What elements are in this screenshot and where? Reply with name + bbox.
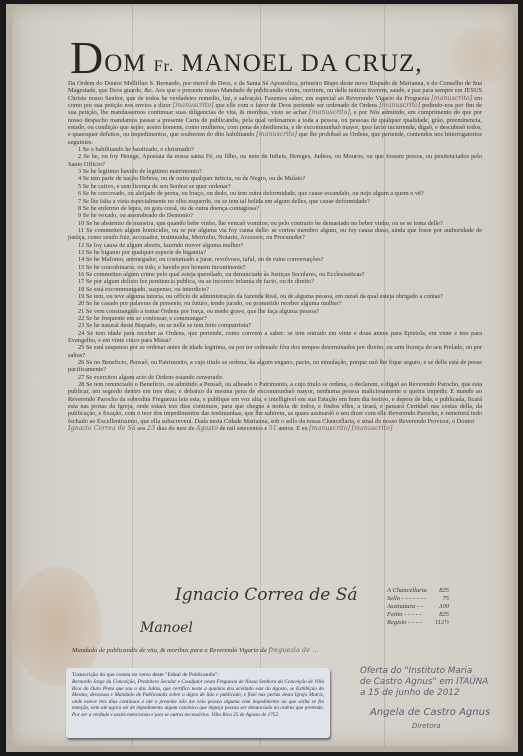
interrogatory-text: Se tem, ou teve alguma tutoria, ou offic…: [86, 293, 443, 300]
handwritten-text: [manuscrito]: [309, 109, 350, 116]
interrogatory-number: 13: [78, 249, 84, 256]
interrogatory-item: 9 Se he vexado, ou assombrado do Demonio…: [68, 212, 482, 219]
interrogatory-item: 7 Se lhe falta a vista especialmente no …: [68, 198, 482, 205]
preamble: Da Ordem do Doutor Mellifluo S. Bernardo…: [68, 80, 482, 146]
interrogatory-item: 8 Se he enfermo de lepra, ou gota coral,…: [68, 205, 482, 212]
handwritten-text: freguezia de ...: [269, 646, 319, 654]
signature-provisor: Ignacio Correa de Sá: [175, 585, 358, 605]
interrogatory-number: 23: [78, 322, 84, 329]
interrogatory-number: 8: [78, 205, 81, 212]
fees-table: A Chancellaria825Sello - - - - - - -75As…: [387, 587, 449, 627]
interrogatory-text: Se tem idade para receber as Ordens, que…: [68, 330, 482, 344]
interrogatory-number: 7: [78, 198, 81, 205]
interrogatory-item: 14 Se he Mafomo, arrenegador, ou costuma…: [68, 256, 482, 263]
transcription-heading: Transcrição do que consta no verso deste…: [72, 672, 324, 678]
document-title: DOM Fr. MANOEL DA CRUZ,: [70, 38, 490, 78]
interrogatory-number: 24: [78, 330, 84, 337]
interrogatory-text: Se no Beneficio, Pensaõ, ou Patrimonio, …: [68, 359, 482, 373]
closing-text: annos. E eu: [278, 425, 307, 432]
preamble-text: Da Ordem do Doutor Mellifluo S. Bernardo…: [68, 80, 482, 102]
fee-label: Sello - - - - - - -: [387, 595, 427, 603]
fee-label: Registo - - - -: [387, 619, 422, 627]
interrogatory-item: 3 Se he legitimo havido de legitimo matr…: [68, 168, 482, 175]
interrogatory-number: 3: [78, 168, 81, 175]
fee-row: Feitio - - - - -825: [387, 611, 449, 619]
handwritten-text: [manuscrito]: [309, 425, 350, 432]
fee-label: Feitio - - - - -: [387, 611, 421, 619]
interrogatory-number: 14: [78, 256, 84, 263]
closing-text: dias do mez de: [157, 425, 195, 432]
interrogatory-number: 2: [78, 153, 81, 160]
interrogatory-number: 9: [78, 212, 81, 219]
handwritten-year: 51: [269, 425, 277, 432]
interrogatory-item: 25 Se está suspenso por se ordenar antes…: [68, 344, 482, 359]
interrogatory-number: 28: [78, 381, 84, 388]
interrogatory-number: 15: [78, 264, 84, 271]
interrogatory-item: 21 Se vem constrangido a tomar Ordens po…: [68, 308, 482, 315]
interrogatory-number: 4: [78, 175, 81, 182]
interrogatory-text: Se foy causa de algum aborto, fazendo mo…: [86, 242, 243, 249]
interrogatory-text: Se he, ou foy Herege, Apostata da nossa …: [68, 153, 482, 167]
handwritten-day: 23: [147, 425, 155, 432]
donation-date: a 15 de junho de 2012: [360, 688, 500, 699]
fee-row: Assinatura - -300: [387, 603, 449, 611]
interrogatory-item: 18 Se está excommungado, suspenso, ou in…: [68, 286, 482, 293]
interrogatory-text: Se está suspenso por se ordenar antes de…: [68, 344, 482, 358]
interrogatory-text: Se vem constrangido a tomar Ordens por f…: [86, 308, 319, 315]
interrogatory-number: 17: [78, 278, 84, 285]
interrogatory-number: 5: [78, 183, 81, 190]
interrogatory-text: Se he abstemio de maneira, que quando be…: [86, 220, 443, 227]
interrogatory-item: 26 Se no Beneficio, Pensaõ, ou Patrimoni…: [68, 359, 482, 374]
interrogatory-item: 10 Se he abstemio de maneira, que quando…: [68, 220, 482, 227]
interrogatory-number: 18: [78, 286, 84, 293]
donation-signature: Angela de Castro Agnus: [370, 707, 490, 718]
signature-secondary: Manoel: [140, 620, 193, 636]
donation-line: Oferta do "Instituto Maria: [360, 666, 500, 677]
fee-label: A Chancellaria: [387, 587, 427, 595]
handwritten-text: [manuscrito]: [352, 425, 393, 432]
fee-label: Assinatura - -: [387, 603, 423, 611]
interrogatory-text: Se commetteo algum crime pelo qual estej…: [86, 271, 365, 278]
interrogatory-number: 11: [78, 227, 84, 234]
interrogatory-number: 6: [78, 190, 81, 197]
interrogatory-text: Se he cativo, e sem licença de seu Senho…: [83, 183, 231, 190]
interrogatory-item: 11 Se commetteo algum homicidio, ou se p…: [68, 227, 482, 242]
title-part: OM: [104, 50, 154, 77]
interrogatory-item: 6 Se he corcovado, ou aleijado de perna,…: [68, 190, 482, 197]
interrogatory-item: 22 Se he frequente em se confessar, e co…: [68, 315, 482, 322]
interrogatory-number: 26: [78, 359, 84, 366]
mandado-line: Mandado de publicandis de vita, & moribu…: [72, 646, 319, 654]
interrogatory-number: 16: [78, 271, 84, 278]
closing-text: aos: [137, 425, 145, 432]
interrogatory-item: 13 Se he bigamo por qualquer especie de …: [68, 249, 482, 256]
transcription-text: Bernardo Jorge da Conceição, Presbítero …: [72, 679, 324, 719]
interrogatory-item: 23 Se he natural deste Bispado, ou se ne…: [68, 322, 482, 329]
interrogatory-text: Se he casado por palavras de presente, o…: [86, 300, 342, 307]
interrogatory-item: 20 Se he casado por palavras de presente…: [68, 300, 482, 307]
interrogatory-item: 24 Se tem idade para receber as Ordens, …: [68, 330, 482, 345]
interrogatory-number: 1: [78, 146, 81, 153]
fee-row: A Chancellaria825: [387, 587, 449, 595]
interrogatory-number: 20: [78, 300, 84, 307]
interrogatory-item: 17 Se por algum delicto fez penitencia p…: [68, 278, 482, 285]
handwritten-text: [manuscrito]: [256, 131, 297, 138]
interrogatory-item: 2 Se he, ou foy Herege, Apostata da noss…: [68, 153, 482, 168]
interrogatories-list: 1 Se o habilitando he baotizado, e chris…: [68, 146, 482, 425]
interrogatory-text: Se está excommungado, suspenso, ou inter…: [86, 286, 209, 293]
fee-value: 112½: [435, 619, 449, 627]
closing: Ignacio Correa de Sá aos 23 dias do mez …: [68, 425, 482, 432]
closing-text: de mil setecentos e: [219, 425, 267, 432]
donation-note: Oferta do "Instituto Maria de Castro Agn…: [360, 666, 500, 699]
interrogatory-item: 5 Se he cativo, e sem licença de seu Sen…: [68, 183, 482, 190]
interrogatory-item: 19 Se tem, ou teve alguma tutoria, ou of…: [68, 293, 482, 300]
interrogatory-text: Se he vexado, ou assombrado do Demonio?: [83, 212, 193, 219]
interrogatory-number: 27: [78, 374, 84, 381]
interrogatory-number: 10: [78, 220, 84, 227]
interrogatory-item: 12 Se foy causa de algum aborto, fazendo…: [68, 242, 482, 249]
interrogatory-number: 12: [78, 242, 84, 249]
interrogatory-text: Se commetteo algum homicidio, ou se por …: [68, 227, 482, 241]
fee-value: 300: [439, 603, 449, 611]
interrogatory-number: 25: [78, 344, 84, 351]
interrogatory-text: Se he Mafomo, arrenegador, ou costumado …: [86, 256, 324, 263]
interrogatory-text: Se tem parte de nação Hebrea, ou de outr…: [83, 175, 306, 182]
mandado-printed: Mandado de publicandis de vita, & moribu…: [72, 647, 267, 654]
interrogatory-text: Se lhe falta a vista especialmente no ol…: [83, 198, 370, 205]
interrogatory-item: 16 Se commetteo algum crime pelo qual es…: [68, 271, 482, 278]
handwritten-month: Agosto: [196, 425, 218, 432]
donation-line: de Castro Agnus" em ITAÚNA: [360, 677, 500, 688]
interrogatory-text: Se o habilitando he baotizado, e chrisma…: [83, 146, 194, 153]
interrogatory-text: Se he corcovado, ou aleijado de perna, o…: [83, 190, 424, 197]
interrogatory-item: 4 Se tem parte de nação Hebrea, ou de ou…: [68, 175, 482, 182]
interrogatory-item: 1 Se o habilitando he baotizado, e chris…: [68, 146, 482, 153]
interrogatory-text: Se he enfermo de lepra, ou gota coral, o…: [83, 205, 259, 212]
interrogatory-item: 27 Se exercitou algum acto de Ordens est…: [68, 374, 482, 381]
interrogatory-item: 28 Se tem renunciado o Beneficio, ou adm…: [68, 381, 482, 425]
fee-value: 825: [439, 587, 449, 595]
interrogatory-text: Se he concubinario, ou tido, e havido po…: [86, 264, 246, 271]
interrogatory-text: Se exercitou algum acto de Ordens estand…: [86, 374, 223, 381]
title-fr: Fr.: [154, 58, 174, 75]
title-part: MANOEL DA CRUZ,: [174, 50, 422, 77]
handwritten-text: Ignacio Correa de Sá: [68, 425, 136, 432]
fee-value: 825: [439, 611, 449, 619]
transcription-card: Transcrição do que consta no verso deste…: [66, 668, 330, 738]
interrogatory-text: Se he bigamo por qualquer especie de big…: [86, 249, 206, 256]
document-body: Da Ordem do Doutor Mellifluo S. Bernardo…: [68, 80, 482, 433]
fee-row: Registo - - - -112½: [387, 619, 449, 627]
donation-signature-role: Diretora: [412, 722, 441, 730]
fee-row: Sello - - - - - - -75: [387, 595, 449, 603]
preamble-text: que elle com o favor de Deos pertende se…: [216, 102, 378, 109]
interrogatory-text: Se he natural deste Bispado, ou se nelle…: [86, 322, 251, 329]
title-initial: D: [70, 32, 104, 83]
interrogatory-text: Se tem renunciado o Beneficio, ou admiti…: [68, 381, 482, 425]
handwritten-text: [manuscrito]: [379, 102, 420, 109]
interrogatory-text: Se he legitimo havido de legitimo matrim…: [83, 168, 202, 175]
interrogatory-number: 19: [78, 293, 84, 300]
fee-value: 75: [443, 595, 450, 603]
interrogatory-text: Se por algum delicto fez penitencia publ…: [86, 278, 314, 285]
handwritten-text: [manuscrito]: [173, 102, 214, 109]
interrogatory-number: 22: [78, 315, 84, 322]
interrogatory-number: 21: [78, 308, 84, 315]
interrogatory-item: 15 Se he concubinario, ou tido, e havido…: [68, 264, 482, 271]
handwritten-text: [manuscrito]: [431, 95, 472, 102]
interrogatory-text: Se he frequente em se confessar, e commu…: [86, 315, 207, 322]
